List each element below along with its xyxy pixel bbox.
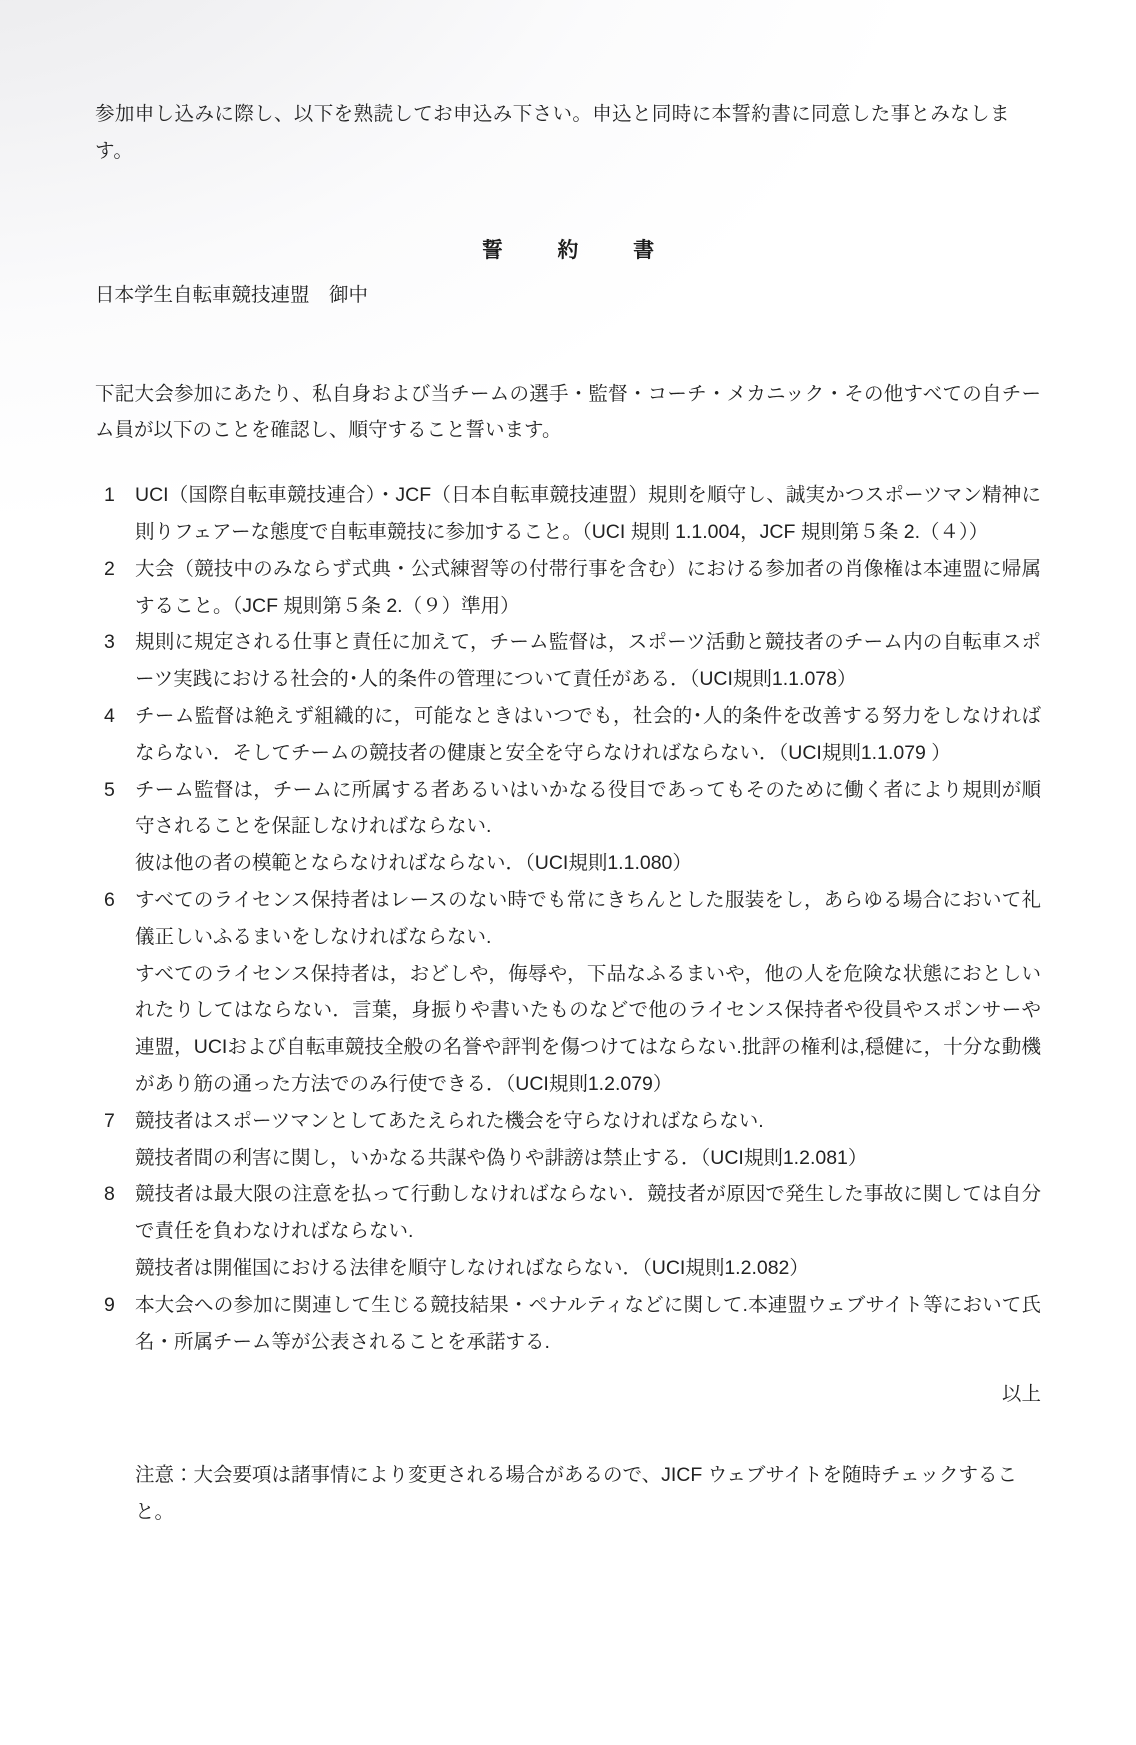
rule-text: 競技者間の利害に関し，いかなる共謀や偽りや誹謗は禁止する．（UCI規則1.2.0… — [135, 1140, 1041, 1177]
rule-item-8: 8 競技者は最大限の注意を払って行動しなければならない．競技者が原因で発生した事… — [95, 1176, 1041, 1286]
rule-text: UCI（国際自転車競技連合）・JCF（日本自転車競技連盟）規則を順守し、誠実かつ… — [135, 477, 1041, 551]
rule-item-4: 4 チーム監督は絶えず組織的に，可能なときはいつでも，社会的･人的条件を改善する… — [95, 698, 1041, 772]
rule-text: すべてのライセンス保持者はレースのない時でも常にきちんとした服装をし，あらゆる場… — [135, 882, 1041, 956]
rule-number: 1 — [95, 477, 135, 514]
rule-body: すべてのライセンス保持者はレースのない時でも常にきちんとした服装をし，あらゆる場… — [135, 882, 1041, 1103]
rule-body: 大会（競技中のみならず式典・公式練習等の付帯行事を含む）における参加者の肖像権は… — [135, 551, 1041, 625]
intro-note: 参加申し込みに際し、以下を熟読してお申込み下さい。申込と同時に本誓約書に同意した… — [95, 96, 1041, 170]
rule-body: チーム監督は絶えず組織的に，可能なときはいつでも，社会的･人的条件を改善する努力… — [135, 698, 1041, 772]
rule-item-9: 9 本大会への参加に関連して生じる競技結果・ペナルティなどに関して.本連盟ウェブ… — [95, 1287, 1041, 1361]
rule-text: すべてのライセンス保持者は，おどしや，侮辱や，下品なふるまいや，他の人を危険な状… — [135, 956, 1041, 1103]
rule-number: 3 — [95, 624, 135, 661]
rule-item-3: 3 規則に規定される仕事と責任に加えて，チーム監督は，スポーツ活動と競技者のチー… — [95, 624, 1041, 698]
rule-body: UCI（国際自転車競技連合）・JCF（日本自転車競技連盟）規則を順守し、誠実かつ… — [135, 477, 1041, 551]
addressee-line: 日本学生自転車競技連盟 御中 — [95, 277, 1041, 314]
rule-text: チーム監督は，チームに所属する者あるいはいかなる役目であってもそのために働く者に… — [135, 772, 1041, 846]
rule-number: 9 — [95, 1287, 135, 1324]
rule-body: 規則に規定される仕事と責任に加えて，チーム監督は，スポーツ活動と競技者のチーム内… — [135, 624, 1041, 698]
rule-item-5: 5 チーム監督は，チームに所属する者あるいはいかなる役目であってもそのために働く… — [95, 772, 1041, 882]
pledge-statement: 下記大会参加にあたり、私自身および当チームの選手・監督・コーチ・メカニック・その… — [95, 376, 1041, 450]
page-title: 誓 約 書 — [95, 232, 1041, 269]
rule-item-6: 6 すべてのライセンス保持者はレースのない時でも常にきちんとした服装をし，あらゆ… — [95, 882, 1041, 1103]
rule-text: 規則に規定される仕事と責任に加えて，チーム監督は，スポーツ活動と競技者のチーム内… — [135, 624, 1041, 698]
notice-line: 注意：大会要項は諸事情により変更される場合があるので、JICF ウェブサイトを随… — [135, 1457, 1041, 1531]
rule-text: 彼は他の者の模範とならなければならない．（UCI規則1.1.080） — [135, 845, 1041, 882]
rule-number: 6 — [95, 882, 135, 919]
rule-text: 競技者はスポーツマンとしてあたえられた機会を守らなければならない. — [135, 1103, 1041, 1140]
rule-text: 大会（競技中のみならず式典・公式練習等の付帯行事を含む）における参加者の肖像権は… — [135, 551, 1041, 625]
rule-number: 5 — [95, 772, 135, 809]
rule-text: 競技者は開催国における法律を順守しなければならない．（UCI規則1.2.082） — [135, 1250, 1041, 1287]
closing-ijou: 以上 — [95, 1376, 1041, 1413]
rule-item-1: 1 UCI（国際自転車競技連合）・JCF（日本自転車競技連盟）規則を順守し、誠実… — [95, 477, 1041, 551]
rules-list: 1 UCI（国際自転車競技連合）・JCF（日本自転車競技連盟）規則を順守し、誠実… — [95, 477, 1041, 1360]
rule-number: 8 — [95, 1176, 135, 1213]
rule-item-7: 7 競技者はスポーツマンとしてあたえられた機会を守らなければならない. 競技者間… — [95, 1103, 1041, 1177]
rule-text: 競技者は最大限の注意を払って行動しなければならない．競技者が原因で発生した事故に… — [135, 1176, 1041, 1250]
rule-text: 本大会への参加に関連して生じる競技結果・ペナルティなどに関して.本連盟ウェブサイ… — [135, 1287, 1041, 1361]
pledge-document-page: 参加申し込みに際し、以下を熟読してお申込み下さい。申込と同時に本誓約書に同意した… — [0, 0, 1136, 1745]
rule-body: チーム監督は，チームに所属する者あるいはいかなる役目であってもそのために働く者に… — [135, 772, 1041, 882]
rule-body: 競技者は最大限の注意を払って行動しなければならない．競技者が原因で発生した事故に… — [135, 1176, 1041, 1286]
rule-item-2: 2 大会（競技中のみならず式典・公式練習等の付帯行事を含む）における参加者の肖像… — [95, 551, 1041, 625]
rule-number: 2 — [95, 551, 135, 588]
rule-number: 4 — [95, 698, 135, 735]
rule-body: 本大会への参加に関連して生じる競技結果・ペナルティなどに関して.本連盟ウェブサイ… — [135, 1287, 1041, 1361]
rule-body: 競技者はスポーツマンとしてあたえられた機会を守らなければならない. 競技者間の利… — [135, 1103, 1041, 1177]
rule-number: 7 — [95, 1103, 135, 1140]
rule-text: チーム監督は絶えず組織的に，可能なときはいつでも，社会的･人的条件を改善する努力… — [135, 698, 1041, 772]
